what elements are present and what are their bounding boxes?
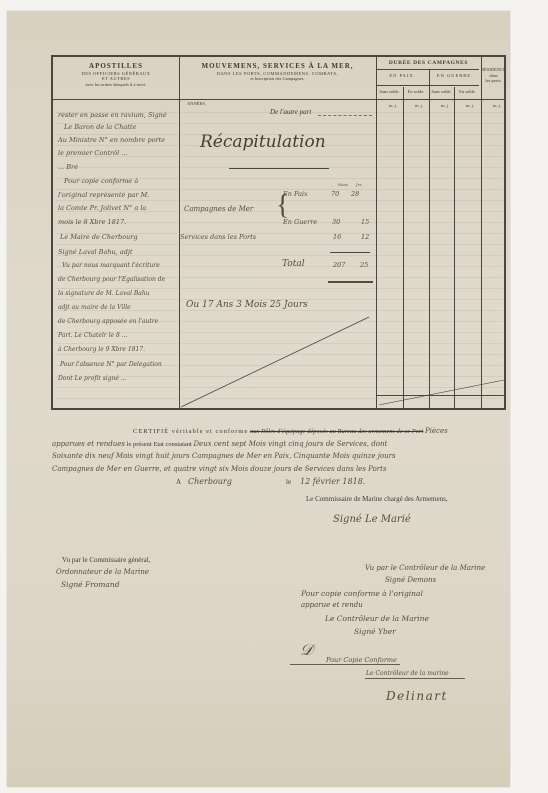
total-label: Total bbox=[282, 259, 305, 269]
certificate-date: 12 février 1818. bbox=[300, 477, 365, 486]
final-signature: Delinart bbox=[386, 689, 448, 703]
flourish-d: 𝒟 bbox=[300, 640, 313, 660]
en-guerre-jours: 15 bbox=[361, 218, 369, 226]
demons-signature: Signé Demons bbox=[385, 576, 436, 584]
heading-underline bbox=[229, 168, 329, 169]
vu-controleur: Vu par le Contrôleur de la Marine bbox=[365, 564, 485, 572]
recapitulation-heading: Récapitulation bbox=[200, 132, 326, 152]
services-ports-label: Services dans les Ports bbox=[180, 233, 256, 241]
vu-commissaire-general: Vu par le Commissaire général, bbox=[62, 556, 150, 564]
cancel-diagonal-line bbox=[179, 297, 509, 410]
apparue-rendu: apparue et rendu bbox=[301, 601, 363, 609]
commissaire-signature: Signé Le Marié bbox=[333, 514, 411, 525]
continuation-label: De l'autre part bbox=[270, 108, 311, 116]
apostilles-header: APOSTILLES DES OFFICIERS GÉNÉRAUX ET AUT… bbox=[53, 62, 179, 88]
en-solde-header: En solde. bbox=[403, 89, 429, 95]
sum-line bbox=[330, 252, 370, 253]
en-paix-header: EN PAIX. bbox=[376, 73, 429, 79]
place-name: Cherbourg bbox=[188, 477, 232, 486]
header-bottom-border bbox=[53, 99, 504, 100]
signature-underline bbox=[365, 678, 465, 679]
le-controleur-2: Le Contrôleur de la marine bbox=[366, 670, 449, 677]
mouvemens-header: MOUVEMENS, SERVICES À LA MER, DANS LES P… bbox=[179, 62, 376, 82]
en-paix-label: En Paix bbox=[283, 190, 308, 198]
header-divider bbox=[376, 85, 479, 86]
ports-mois: 16 bbox=[333, 233, 341, 241]
en-guerre-label: En Guerre bbox=[283, 218, 317, 226]
en-paix-mois: 70 bbox=[331, 190, 339, 198]
en-guerre-header: EN GUERRE. bbox=[429, 73, 481, 79]
total-mois: 207 bbox=[333, 261, 345, 269]
pour-copie-conforme: Pour Copie Conforme bbox=[326, 656, 397, 664]
en-paix-jours: 28 bbox=[351, 190, 359, 198]
sans-solde-header: Sans solde. bbox=[429, 89, 454, 95]
ordonnateur-label: Ordonnateur de la Marine bbox=[56, 568, 149, 576]
en-guerre-mois: 30 bbox=[332, 218, 340, 226]
le-controleur: Le Contrôleur de la Marine bbox=[325, 614, 429, 623]
campagnes-label: Campagnes de Mer bbox=[184, 205, 253, 213]
header-divider bbox=[376, 69, 479, 70]
ports-jours: 12 bbox=[361, 233, 369, 241]
signature-underline bbox=[290, 664, 400, 665]
en-solde-header: En solde. bbox=[454, 89, 481, 95]
duration-summary: Ou 17 Ans 3 Mois 25 Jours bbox=[186, 300, 308, 310]
copie-conforme: Pour copie conforme à l'original bbox=[301, 589, 423, 598]
fromand-signature: Signé Fromand bbox=[61, 580, 120, 589]
total-double-line bbox=[328, 281, 373, 283]
total-jours: 25 bbox=[360, 261, 368, 269]
residence-header: RÉSIDENCE dans les ports. bbox=[481, 67, 506, 84]
commissaire-title: Le Commissaire de Marine chargé des Arme… bbox=[306, 495, 448, 503]
duree-campagnes-header: DURÉE DES CAMPAGNES bbox=[376, 60, 481, 67]
leader-dots bbox=[318, 115, 372, 116]
yber-signature: Signé Yber bbox=[354, 627, 396, 636]
sans-solde-header: Sans solde. bbox=[376, 89, 403, 95]
